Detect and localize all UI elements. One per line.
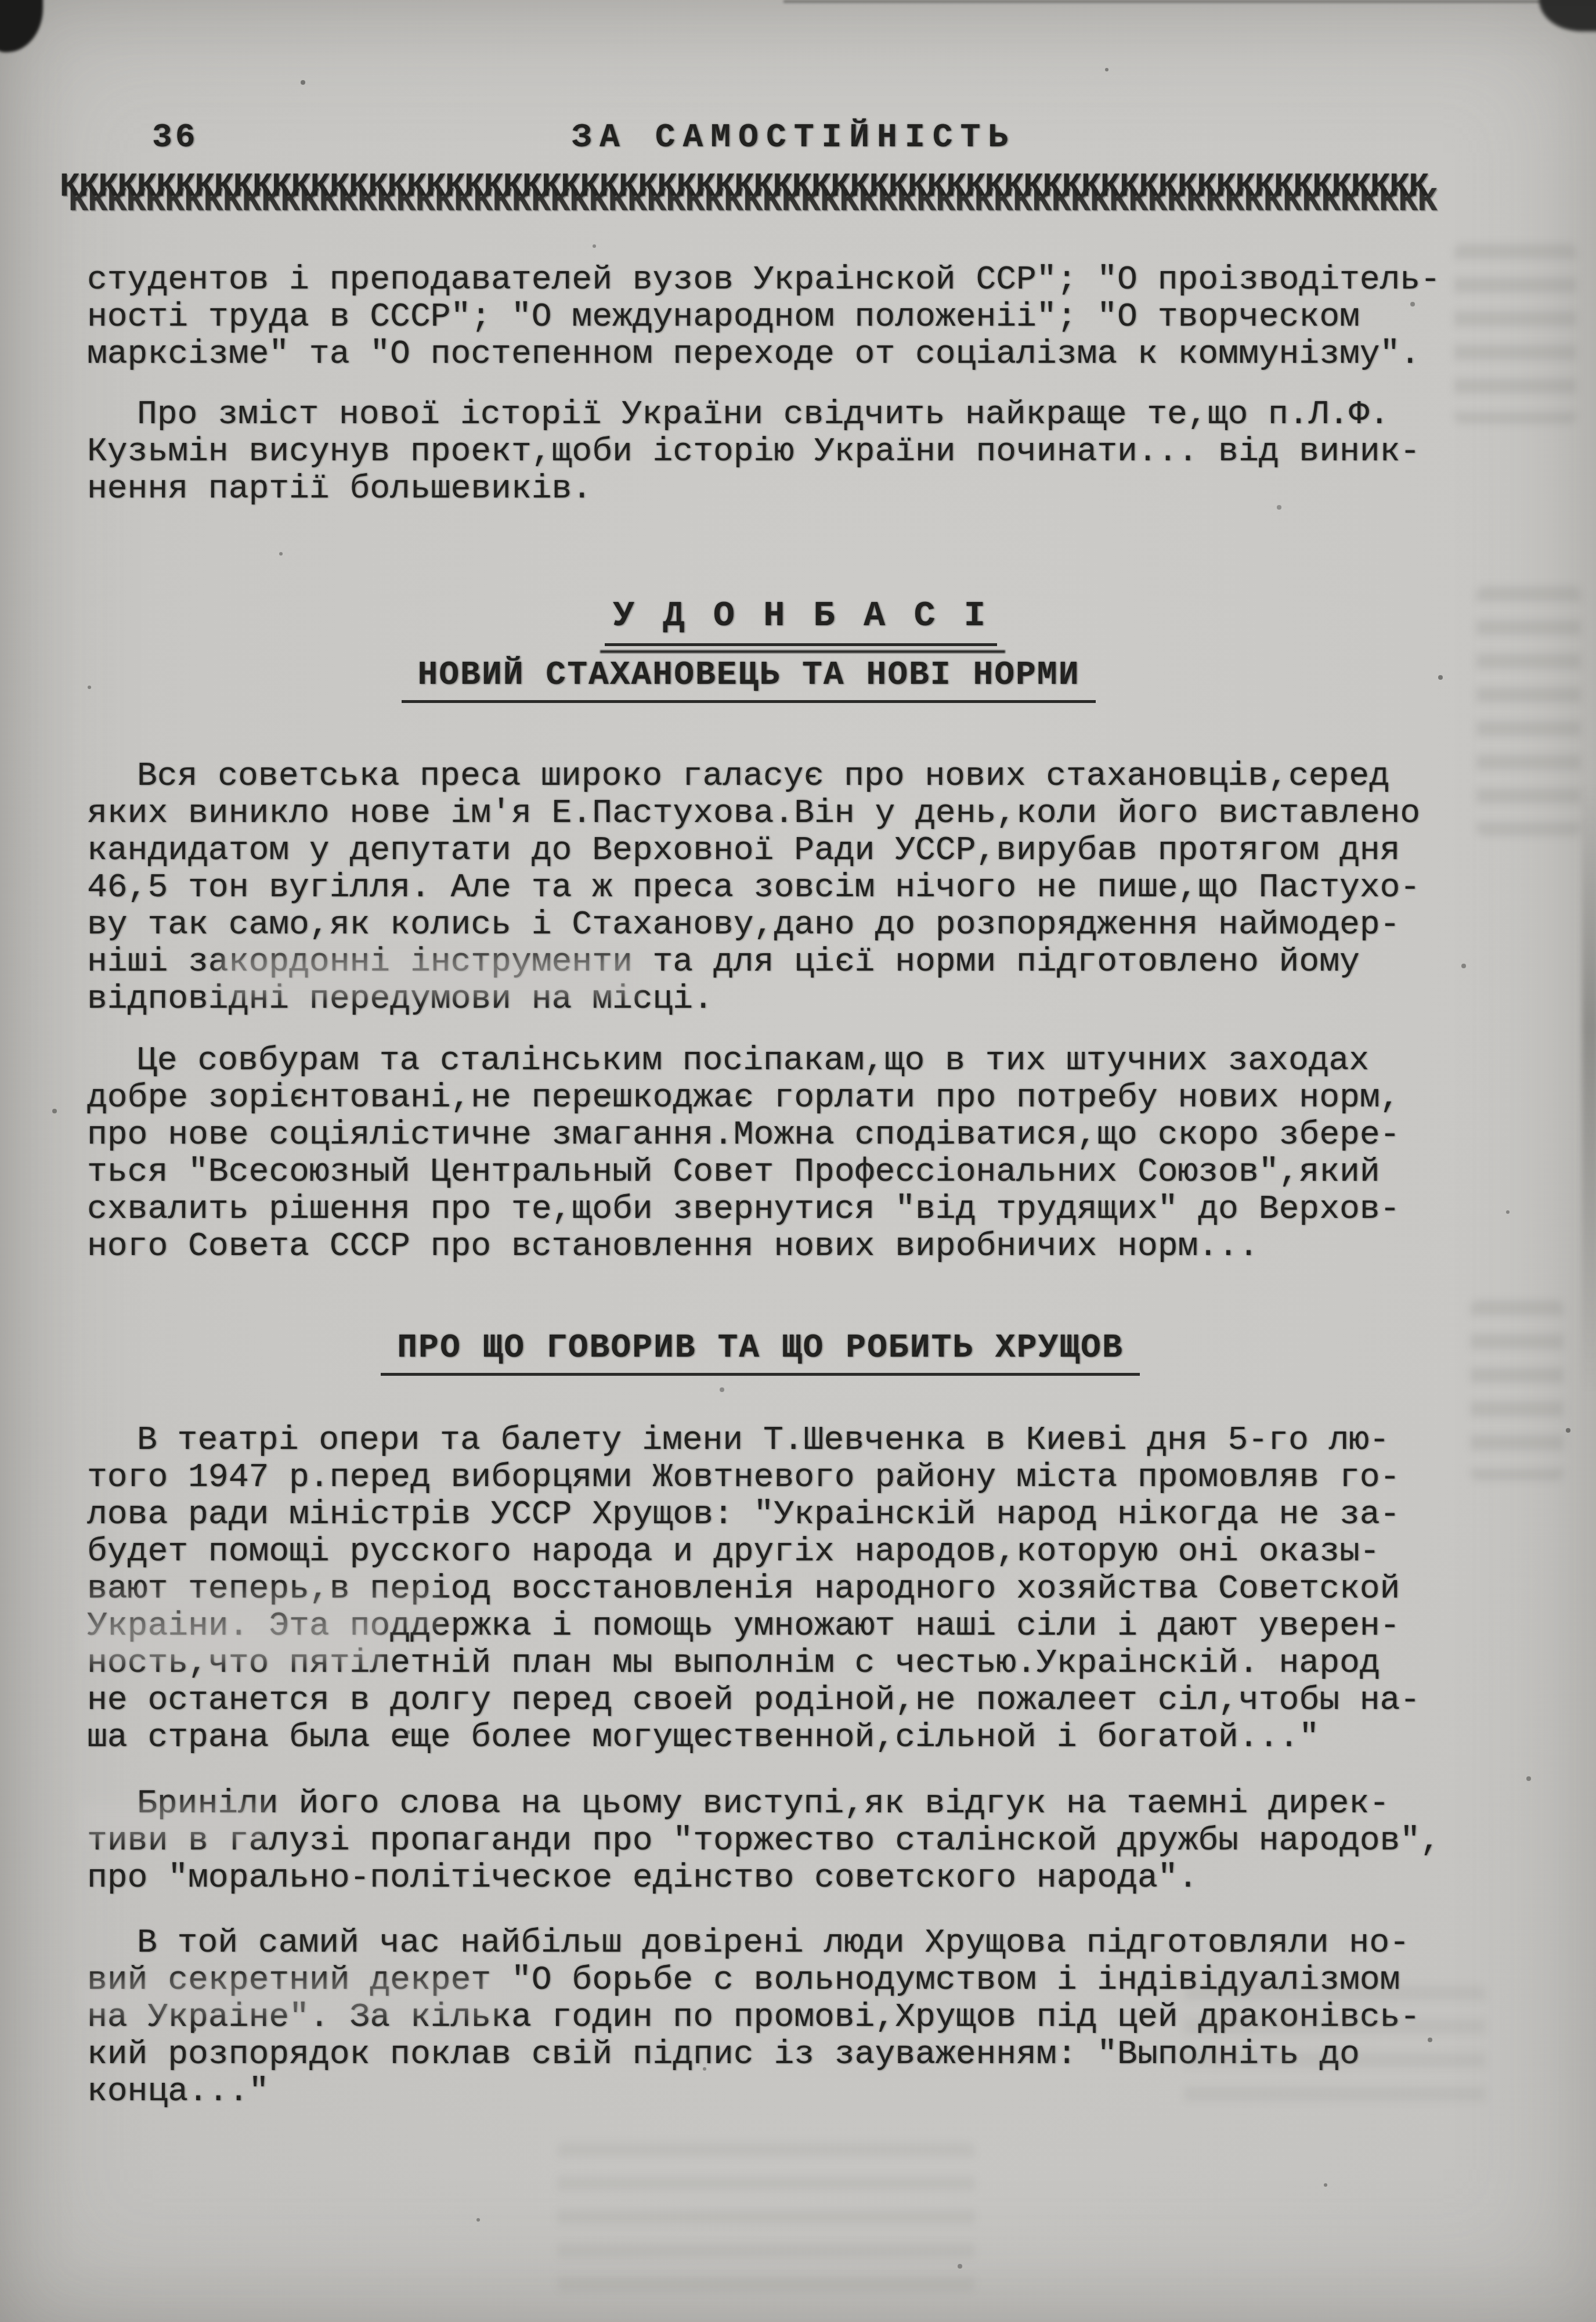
divider-row: КККККККККККККККККККККККККККККККККККККККК… — [68, 186, 1596, 219]
section-title-stakhanovets: НОВИЙ СТАХАНОВЕЦЬ ТА НОВІ НОРМИ — [87, 657, 1515, 703]
scan-artifact-edge-streak — [1582, 784, 1596, 1393]
section-kicker-donbas: У Д О Н Б А С І — [87, 595, 1515, 646]
section-donbas: У Д О Н Б А С І НОВИЙ СТАХАНОВЕЦЬ ТА НОВ… — [87, 595, 1515, 1265]
section-title-text: НОВИЙ СТАХАНОВЕЦЬ ТА НОВІ НОРМИ — [402, 657, 1096, 703]
khrushchov-paragraph-3: В той самий час найбільш довірені люди Х… — [87, 1925, 1515, 2111]
scan-artifact-bleedthrough — [557, 2142, 975, 2293]
decorative-divider: КККККККККККККККККККККККККККККККККККККККК… — [60, 171, 1596, 227]
page-body: студентов і преподавателей вузов Украінс… — [87, 262, 1515, 2111]
scan-artifact-corner-blot — [0, 0, 43, 52]
scan-artifact-specks — [0, 0, 2, 2]
khrushchov-paragraph-2: Бриніли його слова на цьому виступі,як в… — [87, 1786, 1515, 1897]
page-number: 36 — [152, 119, 198, 157]
scanned-page: 36 ЗА САМОСТІЙНІСТЬ КККККККККККККККККККК… — [0, 0, 1596, 2322]
donbas-paragraph-2: Це совбурам та сталінським посіпакам,що … — [87, 1043, 1515, 1265]
section-kicker-text: У Д О Н Б А С І — [605, 595, 997, 646]
section-title-text: ПРО ЩО ГОВОРИВ ТА ЩО РОБИТЬ ХРУЩОВ — [381, 1329, 1139, 1376]
scan-artifact-corner-blot — [1539, 0, 1596, 31]
section-khrushchov: ПРО ЩО ГОВОРИВ ТА ЩО РОБИТЬ ХРУЩОВ В теа… — [87, 1329, 1515, 2111]
khrushchov-paragraph-1: В театрі опери та балету імени Т.Шевченк… — [87, 1422, 1515, 1757]
scan-artifact-edge-line — [783, 0, 1596, 3]
masthead-title: ЗА САМОСТІЙНІСТЬ — [572, 119, 1016, 157]
section-title-khrushchov: ПРО ЩО ГОВОРИВ ТА ЩО РОБИТЬ ХРУЩОВ — [87, 1329, 1515, 1376]
intro-paragraph-2: Про зміст нової історії України свідчить… — [87, 396, 1515, 508]
intro-paragraph-1: студентов і преподавателей вузов Украінс… — [87, 262, 1515, 373]
donbas-paragraph-1: Вся советська преса широко галасує про н… — [87, 758, 1515, 1018]
page-header: 36 ЗА САМОСТІЙНІСТЬ — [87, 119, 1515, 161]
